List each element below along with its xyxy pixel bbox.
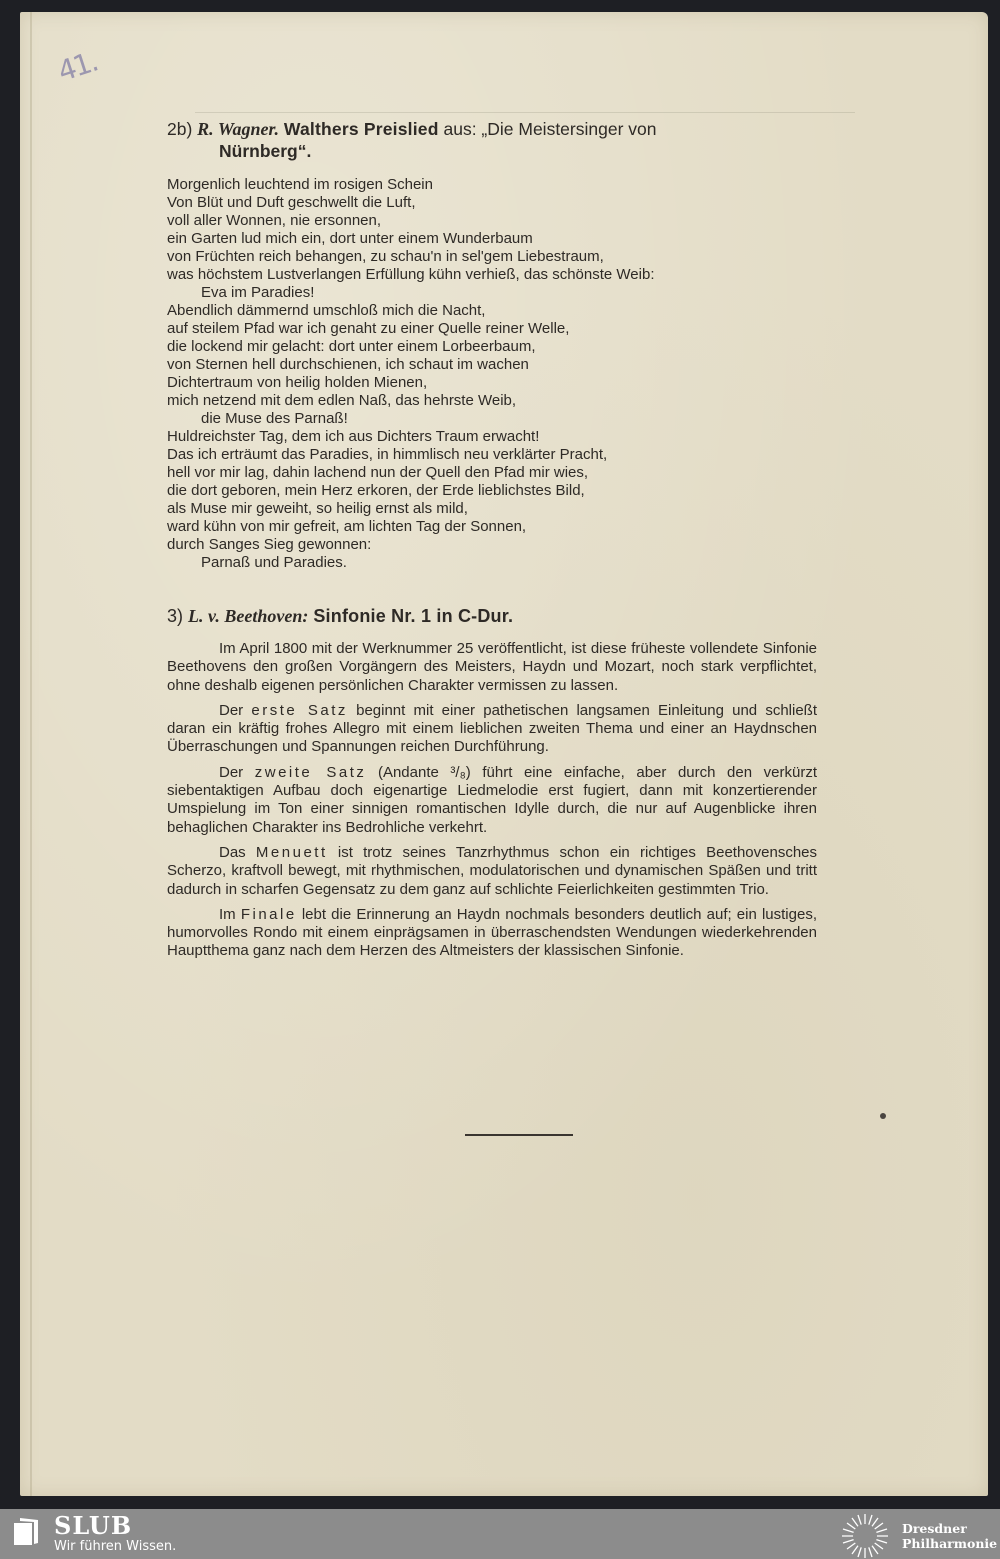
dp-line1: Dresdner bbox=[902, 1521, 997, 1536]
dp-text: Dresdner Philharmonie bbox=[902, 1521, 997, 1551]
book-icon bbox=[12, 1517, 40, 1547]
slub-title: SLUB bbox=[54, 1513, 176, 1539]
work-source: aus: „Die Meistersinger von bbox=[443, 119, 656, 139]
slub-tagline: Wir führen Wissen. bbox=[54, 1539, 176, 1555]
poem-lyrics: Morgenlich leuchtend im rosigen Schein V… bbox=[167, 176, 817, 572]
poem-line: Dichtertraum von heilig holden Mienen, bbox=[167, 374, 817, 392]
paragraph-menuett: Das Menuett ist trotz seines Tanzrhythmu… bbox=[167, 844, 817, 899]
handwritten-page-number: 41. bbox=[54, 45, 101, 88]
ink-spot bbox=[880, 1113, 886, 1119]
work-title: Walthers Preislied bbox=[284, 119, 439, 139]
poem-line: Huldreichster Tag, dem ich aus Dichters … bbox=[167, 428, 817, 446]
program-notes: Im April 1800 mit der Werknummer 25 verö… bbox=[167, 640, 817, 961]
poem-line: von Früchten reich behangen, zu schau'n … bbox=[167, 248, 817, 266]
paragraph-second-movement: Der zweite Satz (Andante ³/₈) führt eine… bbox=[167, 764, 817, 837]
poem-line: was höchstem Lustverlangen Erfüllung küh… bbox=[167, 266, 817, 284]
sunburst-icon bbox=[840, 1513, 890, 1559]
poem-line: durch Sanges Sieg gewonnen: bbox=[167, 536, 817, 554]
document-content: 2b) R. Wagner. Walthers Preislied aus: „… bbox=[167, 118, 817, 968]
paragraph-lead: Das bbox=[219, 844, 256, 861]
paragraph-first-movement: Der erste Satz beginnt mit einer patheti… bbox=[167, 702, 817, 757]
poem-line: die Muse des Parnaß! bbox=[167, 410, 817, 428]
slub-text: SLUB Wir führen Wissen. bbox=[54, 1513, 176, 1555]
poem-line: ward kühn von mir gefreit, am lichten Ta… bbox=[167, 518, 817, 536]
poem-line: von Sternen hell durchschienen, ich scha… bbox=[167, 356, 817, 374]
poem-line: ein Garten lud mich ein, dort unter eine… bbox=[167, 230, 817, 248]
poem-line: Das ich erträumt das Paradies, in himmli… bbox=[167, 446, 817, 464]
poem-line: Eva im Paradies! bbox=[167, 284, 817, 302]
work-source-continuation: Nürnberg“. bbox=[167, 140, 817, 162]
movement-name: Finale bbox=[241, 906, 297, 923]
composer-name: L. v. Beethoven: bbox=[188, 606, 308, 626]
movement-name: zweite Satz bbox=[255, 764, 367, 781]
scanned-page-viewer: 41. 2b) R. Wagner. Walthers Preislied au… bbox=[0, 0, 1000, 1509]
movement-name: erste Satz bbox=[251, 702, 348, 719]
poem-line: als Muse mir geweiht, so heilig ernst al… bbox=[167, 500, 817, 518]
poem-line: voll aller Wonnen, nie ersonnen, bbox=[167, 212, 817, 230]
section-heading: 2b) R. Wagner. Walthers Preislied aus: „… bbox=[167, 118, 817, 162]
section-3-beethoven: 3) L. v. Beethoven: Sinfonie Nr. 1 in C-… bbox=[167, 605, 817, 961]
paragraph-lead: Im bbox=[219, 906, 241, 923]
slub-logo[interactable]: SLUB Wir führen Wissen. bbox=[12, 1513, 176, 1555]
viewer-footer: SLUB Wir führen Wissen. bbox=[0, 1509, 1000, 1559]
section-heading: 3) L. v. Beethoven: Sinfonie Nr. 1 in C-… bbox=[167, 605, 817, 627]
poem-line: Parnaß und Paradies. bbox=[167, 554, 817, 572]
movement-name: Menuett bbox=[256, 844, 328, 861]
composer-name: R. Wagner. bbox=[197, 119, 279, 139]
paragraph-finale: Im Finale lebt die Erinnerung an Haydn n… bbox=[167, 906, 817, 961]
poem-line: Abendlich dämmernd umschloß mich die Nac… bbox=[167, 302, 817, 320]
paragraph-lead: Der bbox=[219, 702, 251, 719]
poem-line: die dort geboren, mein Herz erkoren, der… bbox=[167, 482, 817, 500]
dresdner-philharmonie-logo[interactable]: Dresdner Philharmonie bbox=[840, 1513, 997, 1559]
poem-line: mich netzend mit dem edlen Naß, das hehr… bbox=[167, 392, 817, 410]
paper-fold-edge bbox=[30, 12, 32, 1496]
work-title: Sinfonie Nr. 1 in C-Dur. bbox=[313, 606, 513, 626]
paragraph-intro: Im April 1800 mit der Werknummer 25 verö… bbox=[167, 640, 817, 695]
section-2b-wagner: 2b) R. Wagner. Walthers Preislied aus: „… bbox=[167, 118, 817, 572]
poem-line: auf steilem Pfad war ich genaht zu einer… bbox=[167, 320, 817, 338]
poem-line: Von Blüt und Duft geschwellt die Luft, bbox=[167, 194, 817, 212]
poem-line: hell vor mir lag, dahin lachend nun der … bbox=[167, 464, 817, 482]
section-number: 3) bbox=[167, 606, 183, 626]
paragraph-lead: Der bbox=[219, 764, 255, 781]
poem-line: die lockend mir gelacht: dort unter eine… bbox=[167, 338, 817, 356]
section-number: 2b) bbox=[167, 119, 192, 139]
poem-line: Morgenlich leuchtend im rosigen Schein bbox=[167, 176, 817, 194]
paragraph-text: Im April 1800 mit der Werknummer 25 verö… bbox=[167, 640, 817, 694]
section-divider-rule bbox=[465, 1134, 573, 1136]
dp-line2: Philharmonie bbox=[902, 1536, 997, 1551]
